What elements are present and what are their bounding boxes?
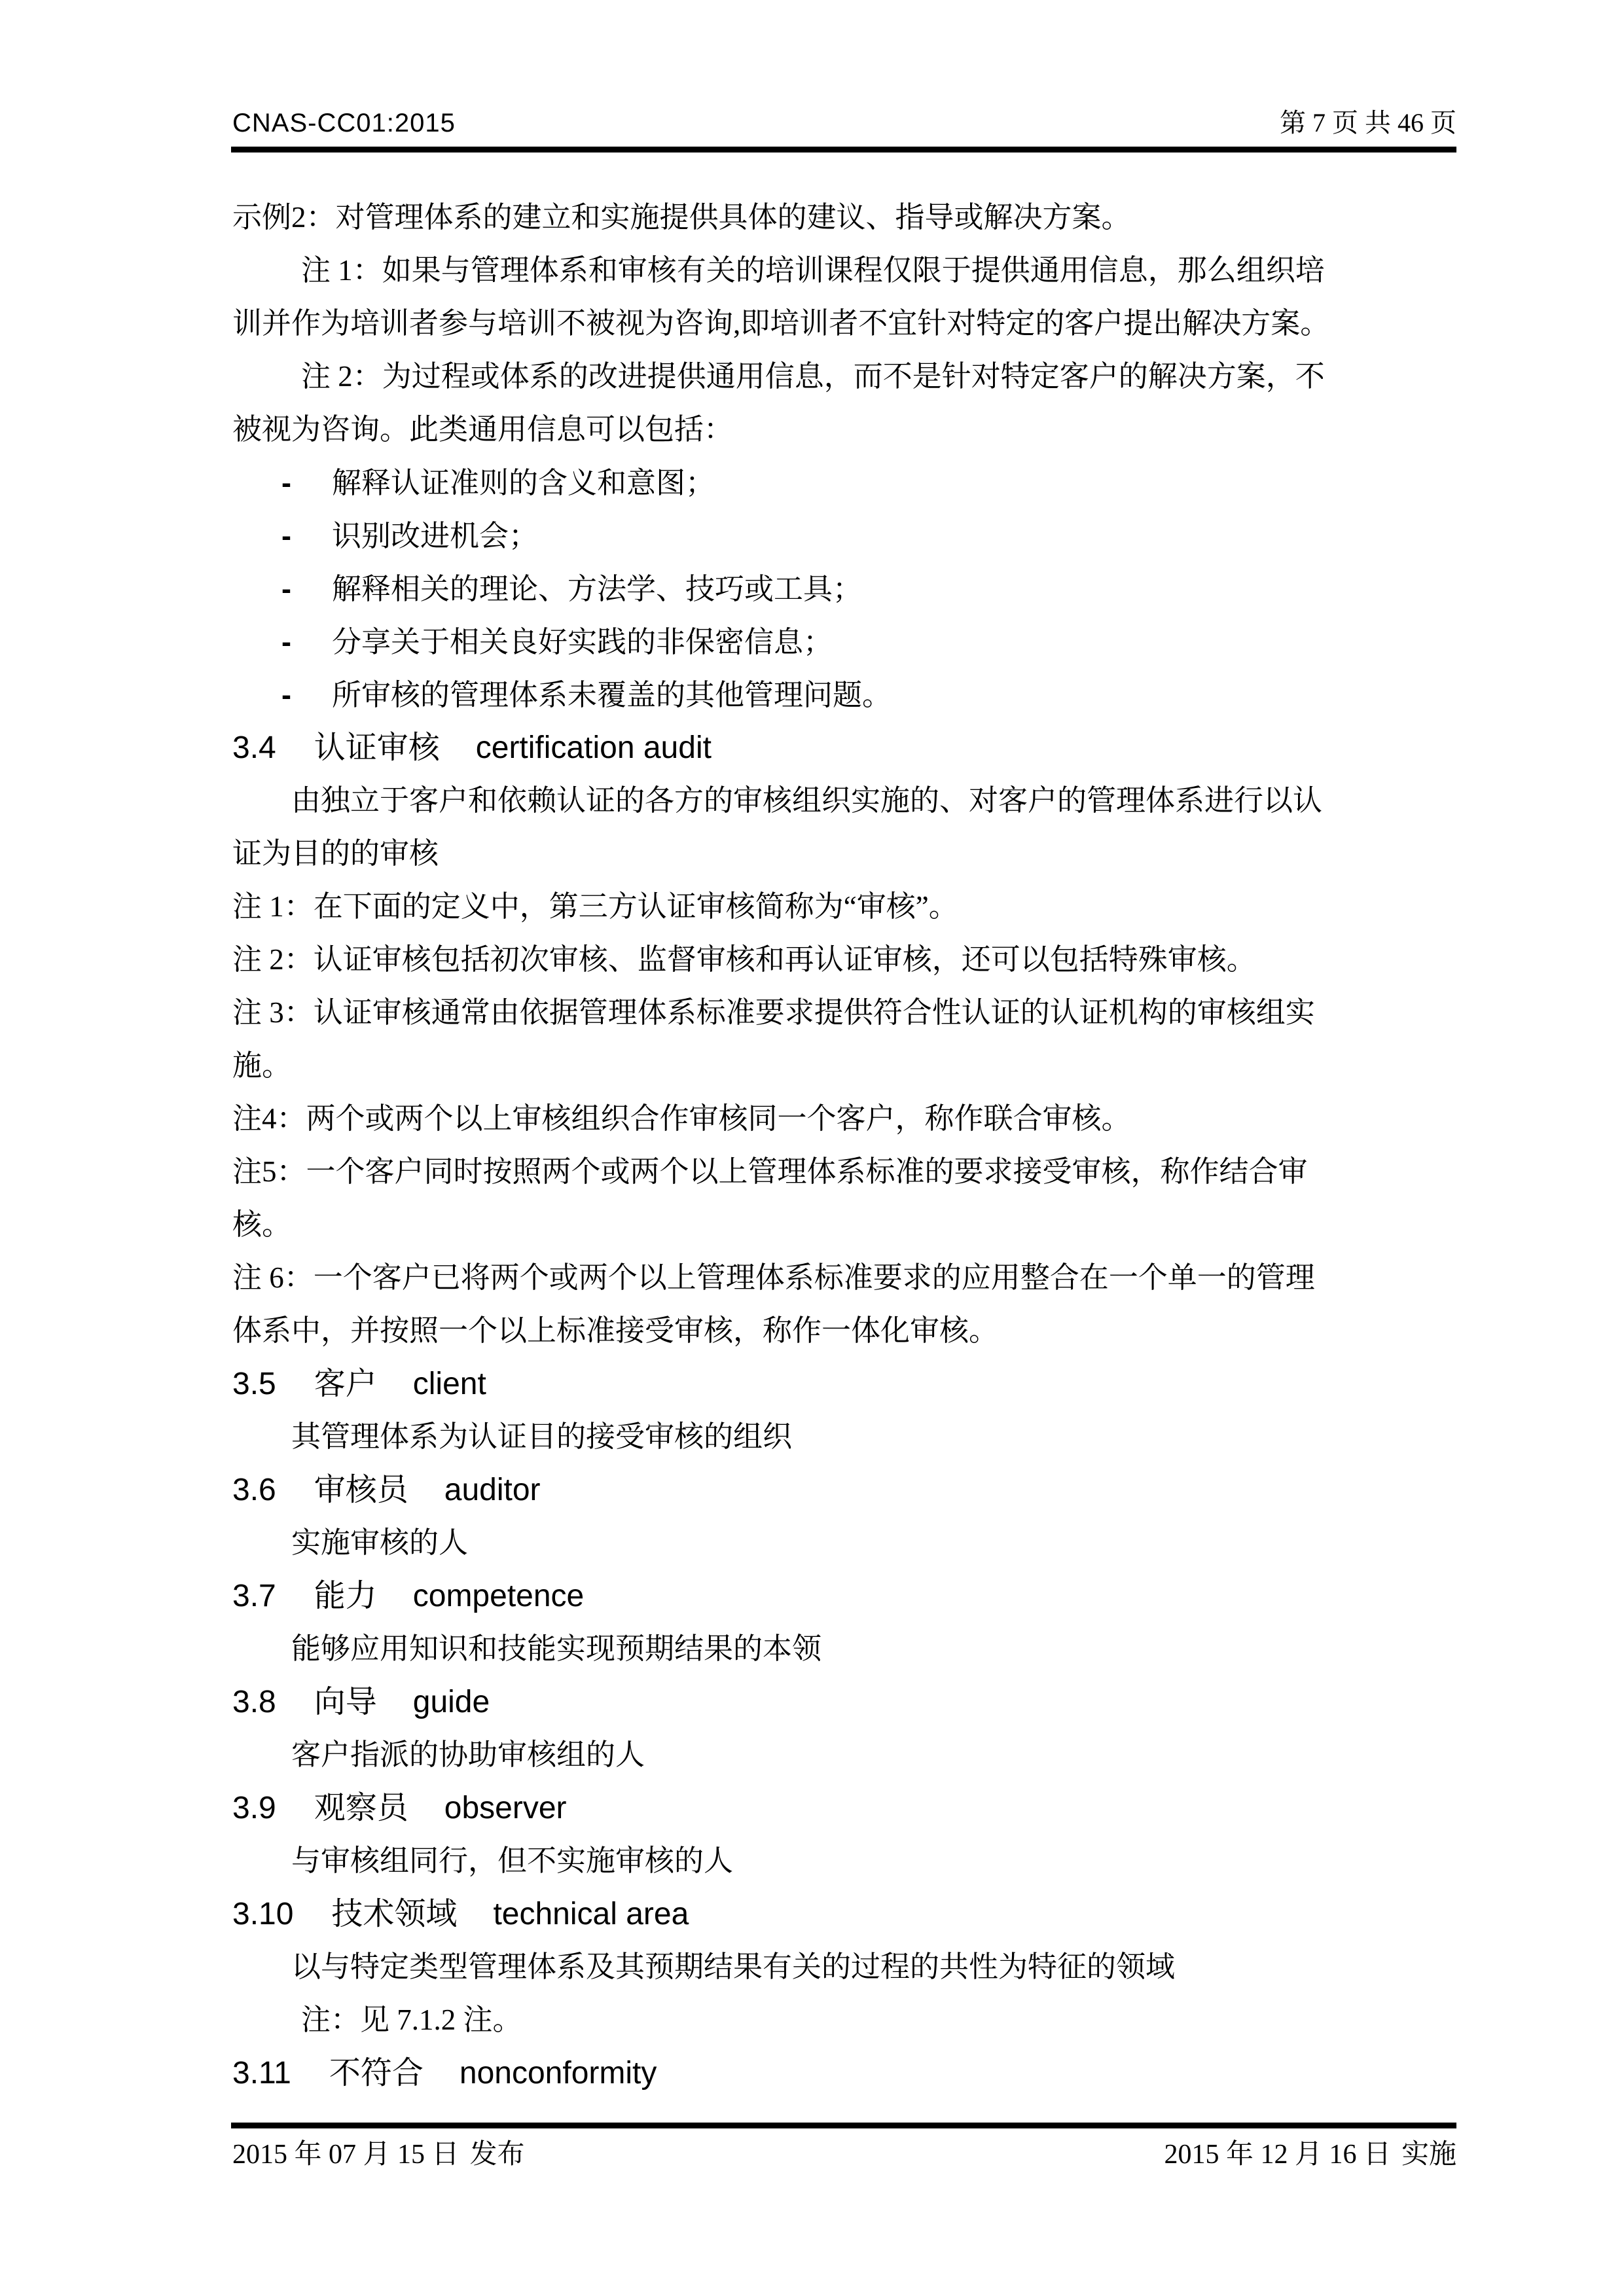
issue-date: 2015 年 07 月 15 日 xyxy=(232,2140,460,2170)
term-chinese: 能力 xyxy=(314,1579,377,1613)
text-line: 注 2：为过程或体系的改进提供通用信息，而不是针对特定客户的解决方案，不 xyxy=(232,350,1458,403)
text-line: 其管理体系为认证目的接受审核的组织 xyxy=(232,1410,1458,1463)
page-footer: 2015 年 07 月 15 日发布 2015 年 12 月 16 日实施 xyxy=(232,2135,1456,2174)
term-chinese: 向导 xyxy=(314,1685,377,1719)
term-english: observer xyxy=(444,1791,567,1825)
text-line: 以与特定类型管理体系及其预期结果有关的过程的共性为特征的领域 xyxy=(232,1941,1458,1994)
header-rule xyxy=(231,147,1456,152)
text-line-content: 注 1：如果与管理体系和审核有关的培训课程仅限于提供通用信息，那么组织培 xyxy=(301,254,1325,287)
text-line: -解释认证准则的含义和意图； xyxy=(232,456,1458,509)
text-line: 注 2：认证审核包括初次审核、监督审核和再认证审核，还可以包括特殊审核。 xyxy=(232,933,1458,986)
text-line-content: 证为目的的审核 xyxy=(232,837,439,870)
issue-label: 发布 xyxy=(470,2140,525,2170)
text-line: -解释相关的理论、方法学、技巧或工具； xyxy=(232,562,1458,615)
section-number: 3.6 xyxy=(232,1473,276,1507)
text-line: -分享关于相关良好实践的非保密信息； xyxy=(232,615,1458,668)
text-line-content: 识别改进机会； xyxy=(332,520,538,552)
section-heading: 3.4认证审核certification audit xyxy=(232,721,1458,774)
implement-date: 2015 年 12 月 16 日 xyxy=(1164,2140,1391,2170)
text-line: 示例2：对管理体系的建立和实施提供具体的建议、指导或解决方案。 xyxy=(232,191,1458,244)
text-line-content: 体系中，并按照一个以上标准接受审核，称作一体化审核。 xyxy=(232,1314,998,1347)
text-line-content: 实施审核的人 xyxy=(291,1526,468,1559)
list-dash: - xyxy=(281,456,332,509)
term-chinese: 认证审核 xyxy=(314,730,440,765)
list-dash: - xyxy=(281,668,332,721)
term-english: nonconformity xyxy=(460,2056,657,2090)
text-line-content: 注5：一个客户同时按照两个或两个以上管理体系标准的要求接受审核，称作结合审 xyxy=(232,1155,1308,1188)
text-line-content: 注 1：在下面的定义中，第三方认证审核简称为“审核”。 xyxy=(232,890,958,923)
section-heading: 3.8向导guide xyxy=(232,1676,1458,1729)
section-number: 3.7 xyxy=(232,1579,276,1613)
section-number: 3.4 xyxy=(232,730,276,765)
section-heading: 3.7能力competence xyxy=(232,1570,1458,1623)
text-line-content: 与审核组同行，但不实施审核的人 xyxy=(291,1844,733,1877)
text-line-content: 解释认证准则的含义和意图； xyxy=(332,467,715,499)
document-body: 示例2：对管理体系的建立和实施提供具体的建议、指导或解决方案。 注 1：如果与管… xyxy=(232,191,1458,2100)
text-line-content: 客户指派的协助审核组的人 xyxy=(291,1738,645,1771)
section-heading: 3.6审核员auditor xyxy=(232,1463,1458,1516)
text-line: 由独立于客户和依赖认证的各方的审核组织实施的、对客户的管理体系进行以认 xyxy=(232,774,1458,827)
text-line-content: 注 2：为过程或体系的改进提供通用信息，而不是针对特定客户的解决方案，不 xyxy=(301,360,1325,393)
term-english: client xyxy=(413,1367,486,1401)
section-number: 3.5 xyxy=(232,1367,276,1401)
text-line-content: 注 6：一个客户已将两个或两个以上管理体系标准要求的应用整合在一个单一的管理 xyxy=(232,1261,1315,1294)
text-line: 注 1：如果与管理体系和审核有关的培训课程仅限于提供通用信息，那么组织培 xyxy=(232,244,1458,297)
section-number: 3.11 xyxy=(232,2056,291,2090)
term-chinese: 技术领域 xyxy=(331,1897,457,1931)
text-line-content: 核。 xyxy=(232,1208,291,1241)
text-line-content: 解释相关的理论、方法学、技巧或工具； xyxy=(332,573,862,605)
list-dash: - xyxy=(281,509,332,562)
section-number: 3.10 xyxy=(232,1897,293,1931)
section-number: 3.9 xyxy=(232,1791,276,1825)
term-chinese: 客户 xyxy=(314,1367,377,1401)
page-header: CNAS-CC01:2015 第 7 页 共 46 页 xyxy=(232,102,1456,139)
text-line-content: 能够应用知识和技能实现预期结果的本领 xyxy=(291,1632,821,1665)
term-chinese: 观察员 xyxy=(314,1791,408,1825)
section-heading: 3.11不符合nonconformity xyxy=(232,2047,1458,2100)
text-line-content: 注：见 7.1.2 注。 xyxy=(301,2003,522,2036)
text-line-content: 由独立于客户和依赖认证的各方的审核组织实施的、对客户的管理体系进行以认 xyxy=(291,784,1322,817)
text-line-content: 其管理体系为认证目的接受审核的组织 xyxy=(291,1420,792,1453)
text-line: 注5：一个客户同时按照两个或两个以上管理体系标准的要求接受审核，称作结合审 xyxy=(232,1145,1458,1198)
term-chinese: 不符合 xyxy=(329,2056,424,2090)
text-line: 能够应用知识和技能实现预期结果的本领 xyxy=(232,1623,1458,1676)
text-line: 客户指派的协助审核组的人 xyxy=(232,1729,1458,1782)
section-heading: 3.5客户client xyxy=(232,1357,1458,1410)
text-line: -识别改进机会； xyxy=(232,509,1458,562)
text-line-content: 分享关于相关良好实践的非保密信息； xyxy=(332,626,833,658)
term-english: auditor xyxy=(444,1473,541,1507)
text-line: 与审核组同行，但不实施审核的人 xyxy=(232,1835,1458,1888)
text-line-content: 示例2：对管理体系的建立和实施提供具体的建议、指导或解决方案。 xyxy=(232,201,1131,234)
text-line: 实施审核的人 xyxy=(232,1516,1458,1570)
text-line: -所审核的管理体系未覆盖的其他管理问题。 xyxy=(232,668,1458,721)
text-line: 体系中，并按照一个以上标准接受审核，称作一体化审核。 xyxy=(232,1304,1458,1357)
text-line: 注 6：一个客户已将两个或两个以上管理体系标准要求的应用整合在一个单一的管理 xyxy=(232,1251,1458,1304)
text-line-content: 注4：两个或两个以上审核组织合作审核同一个客户，称作联合审核。 xyxy=(232,1102,1131,1135)
issue-date-block: 2015 年 07 月 15 日发布 xyxy=(232,2135,525,2174)
section-heading: 3.10技术领域technical area xyxy=(232,1888,1458,1941)
term-english: competence xyxy=(413,1579,585,1613)
text-line-content: 注 2：认证审核包括初次审核、监督审核和再认证审核，还可以包括特殊审核。 xyxy=(232,943,1256,976)
implement-date-block: 2015 年 12 月 16 日实施 xyxy=(1164,2135,1456,2174)
section-number: 3.8 xyxy=(232,1685,276,1719)
text-line-content: 被视为咨询。此类通用信息可以包括： xyxy=(232,413,733,446)
term-english: technical area xyxy=(493,1897,689,1931)
section-heading: 3.9观察员observer xyxy=(232,1782,1458,1835)
text-line: 注 3：认证审核通常由依据管理体系标准要求提供符合性认证的认证机构的审核组实 xyxy=(232,986,1458,1039)
term-english: certification audit xyxy=(476,730,712,765)
text-line: 被视为咨询。此类通用信息可以包括： xyxy=(232,403,1458,456)
term-chinese: 审核员 xyxy=(314,1473,408,1507)
text-line: 核。 xyxy=(232,1198,1458,1251)
list-dash: - xyxy=(281,615,332,668)
list-dash: - xyxy=(281,562,332,615)
text-line: 注：见 7.1.2 注。 xyxy=(232,1994,1458,2047)
footer-rule xyxy=(231,2123,1456,2128)
text-line: 施。 xyxy=(232,1039,1458,1092)
text-line-content: 注 3：认证审核通常由依据管理体系标准要求提供符合性认证的认证机构的审核组实 xyxy=(232,996,1315,1029)
term-english: guide xyxy=(413,1685,490,1719)
text-line-content: 以与特定类型管理体系及其预期结果有关的过程的共性为特征的领域 xyxy=(291,1950,1175,1983)
implement-label: 实施 xyxy=(1401,2140,1456,2170)
document-page: CNAS-CC01:2015 第 7 页 共 46 页 示例2：对管理体系的建立… xyxy=(0,0,1624,2296)
text-line: 训并作为培训者参与培训不被视为咨询,即培训者不宜针对特定的客户提出解决方案。 xyxy=(232,297,1458,350)
text-line-content: 所审核的管理体系未覆盖的其他管理问题。 xyxy=(332,679,892,711)
text-line-content: 施。 xyxy=(232,1049,291,1082)
document-code: CNAS-CC01:2015 xyxy=(232,109,456,138)
text-line: 证为目的的审核 xyxy=(232,827,1458,880)
page-number-info: 第 7 页 共 46 页 xyxy=(1280,102,1456,139)
text-line-content: 训并作为培训者参与培训不被视为咨询,即培训者不宜针对特定的客户提出解决方案。 xyxy=(232,307,1329,340)
text-line: 注 1：在下面的定义中，第三方认证审核简称为“审核”。 xyxy=(232,880,1458,933)
text-line: 注4：两个或两个以上审核组织合作审核同一个客户，称作联合审核。 xyxy=(232,1092,1458,1145)
